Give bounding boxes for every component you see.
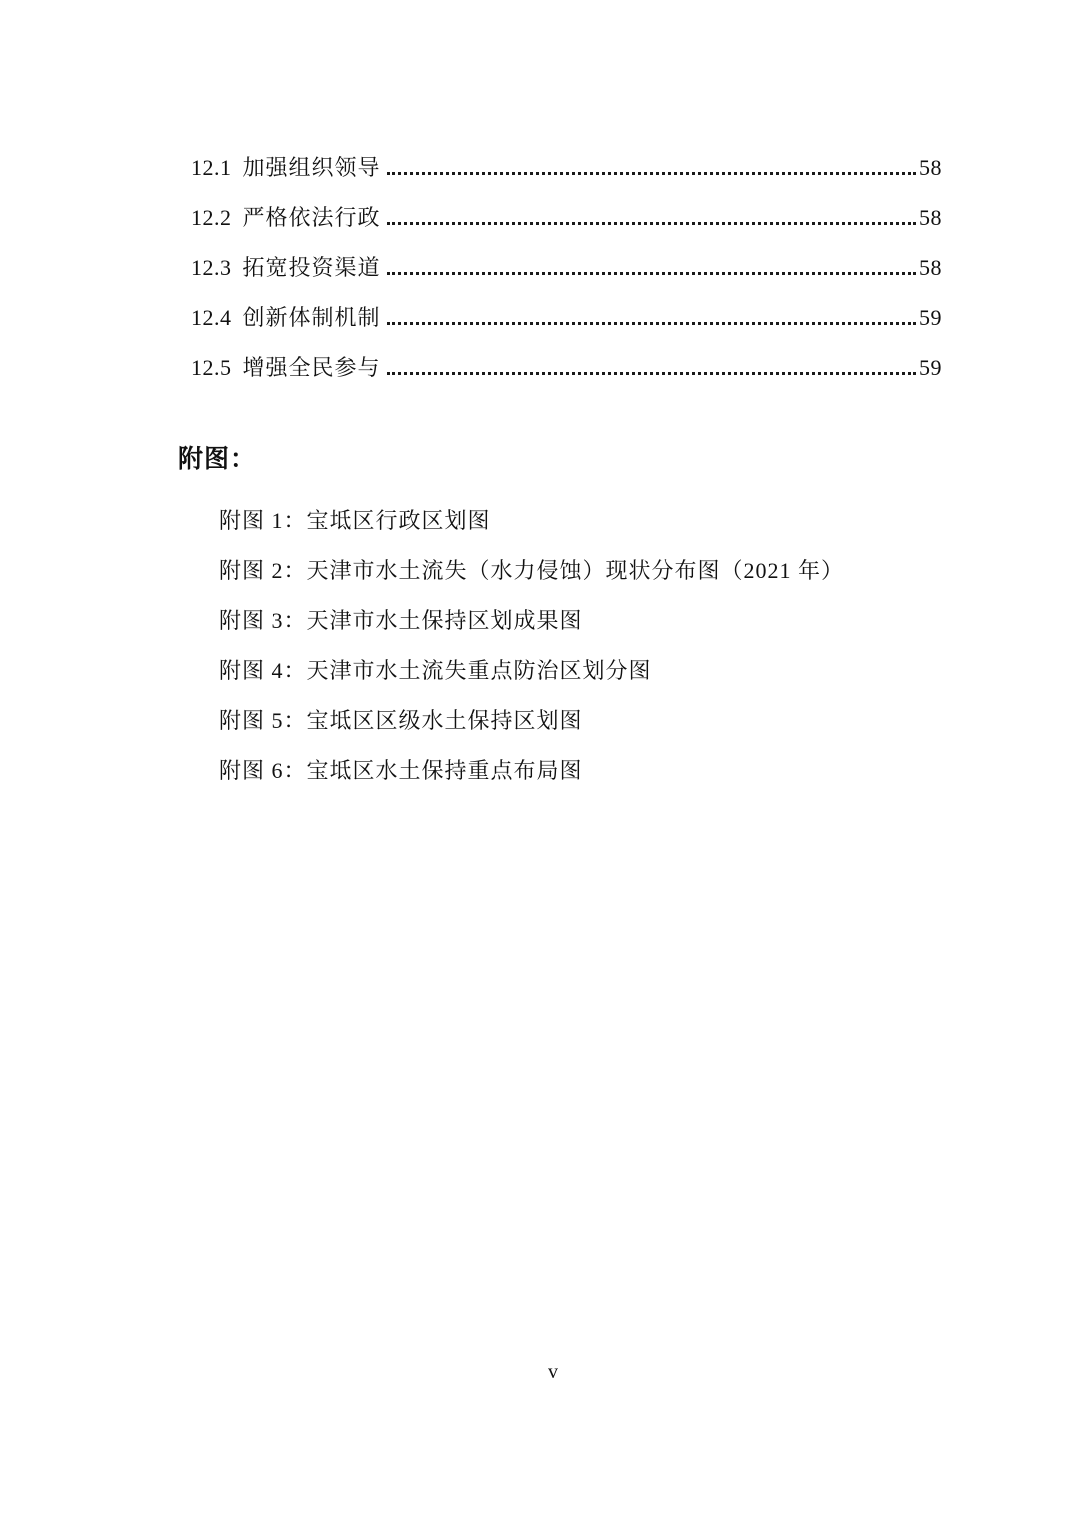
toc-entry-number: 12.2 [191, 204, 232, 232]
toc-entry-number: 12.4 [191, 304, 232, 332]
table-of-contents: 12.1 加强组织领导 58 12.2 严格依法行政 58 12.3 拓宽投资渠… [191, 154, 942, 404]
toc-entry-number: 12.3 [191, 254, 232, 282]
toc-entry-title: 严格依法行政 [243, 204, 381, 232]
toc-entry: 12.5 增强全民参与 59 [191, 354, 942, 404]
toc-entry-title: 加强组织领导 [243, 154, 381, 182]
toc-entry-page-number: 58 [919, 204, 942, 232]
dot-leader [387, 172, 916, 175]
attached-figures-heading: 附图： [178, 442, 256, 478]
toc-entry-page-number: 58 [919, 154, 942, 182]
toc-entry-page-number: 59 [919, 354, 942, 382]
attached-figures-list: 附图 1：宝坻区行政区划图 附图 2：天津市水土流失（水力侵蚀）现状分布图（20… [219, 496, 974, 796]
toc-entry-title: 增强全民参与 [243, 354, 381, 382]
dot-leader [387, 222, 916, 225]
figure-list-item: 附图 2：天津市水土流失（水力侵蚀）现状分布图（2021 年） [219, 546, 974, 596]
toc-entry: 12.4 创新体制机制 59 [191, 304, 942, 354]
document-page: 12.1 加强组织领导 58 12.2 严格依法行政 58 12.3 拓宽投资渠… [0, 0, 1074, 1520]
dot-leader [387, 372, 916, 375]
toc-entry-page-number: 59 [919, 304, 942, 332]
footer-page-number: v [180, 1358, 926, 1386]
toc-entry-title: 创新体制机制 [243, 304, 381, 332]
figure-list-item: 附图 6：宝坻区水土保持重点布局图 [219, 746, 974, 796]
figure-list-item: 附图 4：天津市水土流失重点防治区划分图 [219, 646, 974, 696]
toc-entry-title: 拓宽投资渠道 [243, 254, 381, 282]
dot-leader [387, 322, 916, 325]
figure-list-item: 附图 1：宝坻区行政区划图 [219, 496, 974, 546]
toc-entry: 12.2 严格依法行政 58 [191, 204, 942, 254]
toc-entry-number: 12.1 [191, 154, 232, 182]
toc-entry: 12.1 加强组织领导 58 [191, 154, 942, 204]
toc-entry-number: 12.5 [191, 354, 232, 382]
dot-leader [387, 272, 916, 275]
figure-list-item: 附图 3：天津市水土保持区划成果图 [219, 596, 974, 646]
toc-entry-page-number: 58 [919, 254, 942, 282]
toc-entry: 12.3 拓宽投资渠道 58 [191, 254, 942, 304]
figure-list-item: 附图 5：宝坻区区级水土保持区划图 [219, 696, 974, 746]
